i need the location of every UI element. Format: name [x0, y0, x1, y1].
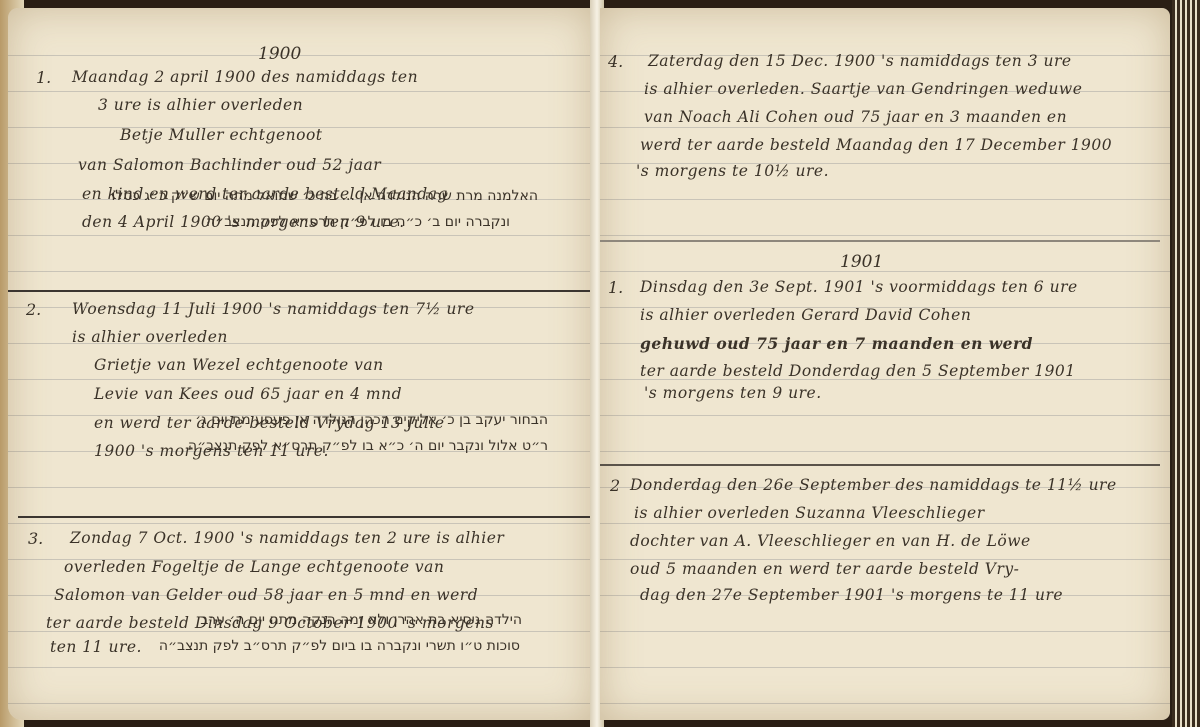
entry-line: overleden Fogeltje de Lange echtgenoote …	[64, 558, 444, 576]
entry-divider	[8, 290, 592, 292]
right-page: 4. Zaterdag den 15 Dec. 1900 's namiddag…	[600, 8, 1170, 720]
entry-divider	[600, 464, 1160, 466]
entry-line: dag den 27e September 1901 's morgens te…	[640, 586, 1063, 604]
entry-line: Woensdag 11 Juli 1900 's namiddags ten 7…	[72, 300, 475, 318]
entry-line: Salomon van Gelder oud 58 jaar en 5 mnd …	[54, 586, 478, 604]
entry-line: is alhier overleden. Saartje van Gendrin…	[644, 80, 1082, 98]
hebrew-line: הילדה גיסיא בת אהרן ולא זמה הנקה מתה יום…	[200, 612, 522, 628]
entry-line: Betje Muller echtgenoot	[120, 126, 323, 144]
hebrew-line: האלמנה מרת שרה הנולדה אן ... בת כ׳ שמואל…	[112, 188, 539, 204]
hebrew-line: ונקברה יום ב׳ כ״ה בו לפ״ק תרס״א לפק תנצב…	[206, 214, 510, 230]
entry-line: gehuwd oud 75 jaar en 7 maanden en werd	[640, 334, 1033, 353]
open-register-book: 1900 1. Maandag 2 april 1900 des namidda…	[0, 0, 1200, 727]
entry-line: Levie van Kees oud 65 jaar en 4 mnd	[94, 385, 402, 403]
entry-line: Zondag 7 Oct. 1900 's namiddags ten 2 ur…	[70, 529, 504, 547]
entry-line: is alhier overleden Suzanna Vleeschliege…	[634, 504, 985, 522]
entry-divider	[18, 516, 592, 518]
year-heading-1901: 1901	[840, 252, 883, 272]
entry-line: van Noach Ali Cohen oud 75 jaar en 3 maa…	[644, 108, 1067, 126]
entry-line: ter aarde besteld Donderdag den 5 Septem…	[640, 362, 1076, 380]
entry-line: Zaterdag den 15 Dec. 1900 's namiddags t…	[648, 52, 1072, 70]
entry-line: Dinsdag den 3e Sept. 1901 's voormiddags…	[640, 278, 1078, 296]
entry-number: 1.	[36, 68, 51, 87]
entry-line: 3 ure is alhier overleden	[98, 96, 303, 114]
hebrew-line: ר״ט אלול ונקבר יום ה׳ כ״א בו לפ״ק תרס״א …	[188, 438, 548, 454]
entry-line: 's morgens te 10½ ure.	[636, 162, 829, 180]
entry-line: oud 5 maanden en werd ter aarde besteld …	[630, 560, 1019, 578]
entry-line: dochter van A. Vleeschlieger en van H. d…	[630, 532, 1031, 550]
entry-line: Donderdag den 26e September des namiddag…	[630, 476, 1117, 494]
page-stack-edge	[1172, 0, 1200, 727]
entry-line: 's morgens ten 9 ure.	[644, 384, 822, 402]
entry-number: 4.	[608, 52, 623, 71]
entry-line: Maandag 2 april 1900 des namiddags ten	[72, 68, 418, 86]
entry-line: ten 11 ure.	[50, 638, 142, 656]
entry-line: is alhier overleden	[72, 328, 228, 346]
entry-number: 1.	[608, 278, 623, 297]
entry-number: 2.	[26, 300, 41, 319]
entry-number: 3.	[28, 529, 43, 548]
entry-divider	[600, 240, 1160, 242]
entry-line: van Salomon Bachlinder oud 52 jaar	[78, 156, 381, 174]
entry-line: werd ter aarde besteld Maandag den 17 De…	[640, 136, 1112, 154]
entry-number: 2	[610, 476, 620, 495]
hebrew-line: סוכות ט״ו תשרי ונקברה בו ביום לפ״ק תרס״ב…	[159, 638, 520, 654]
year-heading-1900: 1900	[258, 44, 301, 64]
entry-line: Grietje van Wezel echtgenoote van	[94, 356, 384, 374]
hebrew-line: הבחור יעקב בן כ׳ אליקים הכהן הנולדה אן פ…	[195, 412, 548, 428]
entry-line: is alhier overleden Gerard David Cohen	[640, 306, 971, 324]
